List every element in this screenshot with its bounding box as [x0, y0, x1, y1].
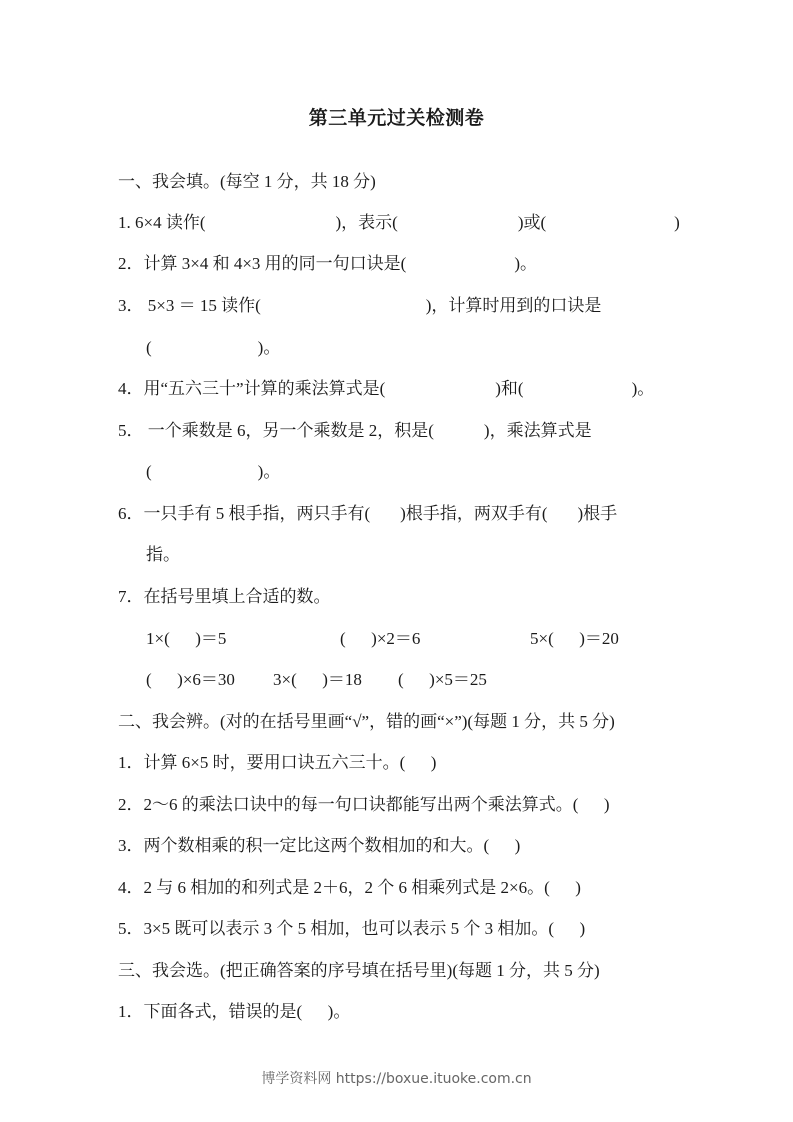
question-1-6-cont: 指。 — [146, 543, 180, 567]
question-2-3: 3．两个数相乘的积一定比这两个数相加的和大。( ) — [118, 834, 520, 858]
question-1-4: 4．用“五六三十”计算的乘法算式是()和()。 — [118, 377, 654, 401]
question-1-5: 5． 一个乘数是 6，另一个乘数是 2，积是()，乘法算式是 — [118, 419, 592, 443]
section3-heading: 三、我会选。(把正确答案的序号填在括号里)(每题 1 分，共 5 分) — [118, 959, 600, 983]
fill-1-7-6: ( )×5＝25 — [398, 668, 487, 692]
question-2-4: 4．2 与 6 相加的和列式是 2＋6，2 个 6 相乘列式是 2×6。( ) — [118, 876, 581, 900]
question-2-1: 1．计算 6×5 时，要用口诀五六三十。( ) — [118, 751, 436, 775]
fill-1-7-4: ( )×6＝30 — [146, 668, 235, 692]
section1-heading: 一、我会填。(每空 1 分，共 18 分) — [118, 170, 376, 194]
question-2-2: 2．2～6 的乘法口诀中的每一句口诀都能写出两个乘法算式。( ) — [118, 793, 610, 817]
question-1-7: 7．在括号里填上合适的数。 — [118, 585, 331, 609]
question-1-1: 1. 6×4 读作()，表示()或() — [118, 211, 680, 235]
question-1-6: 6．一只手有 5 根手指，两只手有()根手指，两双手有()根手 — [118, 502, 617, 526]
footer-watermark: 博学资料网 https://boxue.ituoke.com.cn — [0, 1068, 793, 1088]
page-title: 第三单元过关检测卷 — [0, 103, 793, 130]
fill-1-7-2: ( )×2＝6 — [340, 627, 420, 651]
section2-heading: 二、我会辨。(对的在括号里画“√”，错的画“×”)(每题 1 分，共 5 分) — [118, 710, 615, 734]
question-1-2: 2．计算 3×4 和 4×3 用的同一句口诀是()。 — [118, 252, 537, 276]
question-1-3-cont: ()。 — [146, 336, 280, 360]
question-1-3: 3． 5×3 ＝ 15 读作()，计算时用到的口诀是 — [118, 294, 601, 318]
question-3-1: 1．下面各式，错误的是( )。 — [118, 1000, 350, 1024]
fill-1-7-5: 3×( )＝18 — [273, 668, 362, 692]
fill-1-7-3: 5×( )＝20 — [530, 627, 619, 651]
question-1-5-cont: ()。 — [146, 460, 280, 484]
question-2-5: 5．3×5 既可以表示 3 个 5 相加，也可以表示 5 个 3 相加。( ) — [118, 917, 585, 941]
fill-1-7-1: 1×( )＝5 — [146, 627, 226, 651]
